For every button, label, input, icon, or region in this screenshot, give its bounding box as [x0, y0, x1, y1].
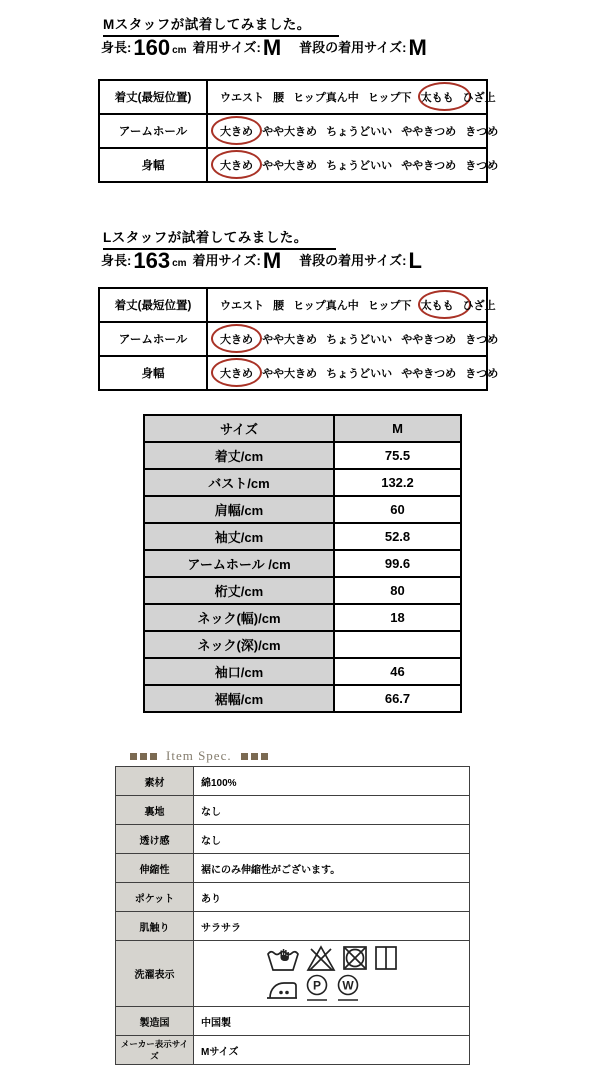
- size-row-value: 18: [334, 604, 461, 631]
- fit-row-label: 身幅: [99, 148, 207, 182]
- laundry-symbols-line-2: P W: [265, 973, 398, 1003]
- spec-row-value: なし: [194, 825, 470, 854]
- size-row-value: 80: [334, 577, 461, 604]
- fit-option: ややきつめ: [401, 123, 456, 139]
- size-chart-header-row: サイズ M: [144, 415, 461, 442]
- item-spec-table: 素材 綿100% 裏地 なし 透け感 なし 伸縮性 裾にのみ伸縮性がございます。…: [115, 766, 470, 1065]
- dry-clean-p-icon: P: [304, 973, 330, 1003]
- size-row-label: 袖丈/cm: [144, 523, 334, 550]
- size-row-value: 66.7: [334, 685, 461, 712]
- table-row: アームホール /cm 99.6: [144, 550, 461, 577]
- do-not-tumble-dry-icon: [341, 944, 369, 972]
- fit-option: ややきつめ: [401, 331, 456, 347]
- fit-option-selected: 大きめ: [220, 123, 253, 139]
- fit-row-options: 大きめ やや大きめ ちょうどいい ややきつめ きつめ: [207, 114, 487, 148]
- fit-option: ヒップ下: [368, 297, 412, 313]
- fit-option: ちょうどいい: [326, 123, 392, 139]
- fit-option-selected: 太もも: [421, 89, 454, 105]
- table-row: メーカー表示サイズ Mサイズ: [116, 1036, 470, 1065]
- fit-row-label: 着丈(最短位置): [99, 80, 207, 114]
- table-row: 透け感 なし: [116, 825, 470, 854]
- fit-option: ちょうどいい: [326, 157, 392, 173]
- size-row-value: 46: [334, 658, 461, 685]
- size-row-label: ネック(深)/cm: [144, 631, 334, 658]
- square-decoration-icon: [241, 753, 268, 760]
- usual-size-value: M: [408, 37, 426, 59]
- spec-row-label: 洗濯表示: [116, 941, 194, 1007]
- size-row-label: 裾幅/cm: [144, 685, 334, 712]
- line-dry-icon: [374, 944, 398, 972]
- table-row: 伸縮性 裾にのみ伸縮性がございます。: [116, 854, 470, 883]
- table-row: 袖口/cm 46: [144, 658, 461, 685]
- item-spec-header: Item Spec.: [121, 748, 277, 764]
- table-row: 身幅 大きめ やや大きめ ちょうどいい ややきつめ きつめ: [99, 148, 487, 182]
- stats-line-l: 身長: 163 cm 着用サイズ: M 普段の着用サイズ: L: [101, 250, 424, 272]
- usual-size-label: 普段の着用サイズ:: [299, 250, 406, 272]
- table-row: 製造国 中国製: [116, 1007, 470, 1036]
- fit-option: きつめ: [465, 365, 498, 381]
- fit-option: きつめ: [465, 157, 498, 173]
- fit-option: ちょうどいい: [326, 331, 392, 347]
- size-row-label: 着丈/cm: [144, 442, 334, 469]
- fit-row-label: 着丈(最短位置): [99, 288, 207, 322]
- spec-row-label: 肌触り: [116, 912, 194, 941]
- height-label: 身長:: [101, 37, 131, 59]
- fit-option: やや大きめ: [262, 157, 317, 173]
- size-row-value: 75.5: [334, 442, 461, 469]
- table-row: 身幅 大きめ やや大きめ ちょうどいい ややきつめ きつめ: [99, 356, 487, 390]
- height-unit: cm: [172, 45, 186, 59]
- spec-row-label: 裏地: [116, 796, 194, 825]
- height-unit: cm: [172, 258, 186, 272]
- fit-option: ひざ上: [463, 89, 496, 105]
- spec-row-value: Mサイズ: [194, 1036, 470, 1065]
- spec-row-label: 伸縮性: [116, 854, 194, 883]
- wear-size-label: 着用サイズ:: [193, 37, 261, 59]
- fit-option-selected: 太もも: [421, 297, 454, 313]
- laundry-symbols-cell: P W: [194, 941, 470, 1007]
- spec-row-label: ポケット: [116, 883, 194, 912]
- size-row-value: 60: [334, 496, 461, 523]
- table-row: アームホール 大きめ やや大きめ ちょうどいい ややきつめ きつめ: [99, 322, 487, 356]
- fit-row-options: 大きめ やや大きめ ちょうどいい ややきつめ きつめ: [207, 356, 487, 390]
- fit-row-options: 大きめ やや大きめ ちょうどいい ややきつめ きつめ: [207, 148, 487, 182]
- iron-icon: [265, 975, 299, 1001]
- fit-row-options: 大きめ やや大きめ ちょうどいい ややきつめ きつめ: [207, 322, 487, 356]
- spec-row-value: あり: [194, 883, 470, 912]
- table-row: ネック(深)/cm: [144, 631, 461, 658]
- table-row: 素材 綿100%: [116, 767, 470, 796]
- wear-size-value: M: [263, 37, 281, 59]
- fit-row-label: アームホール: [99, 322, 207, 356]
- table-row: 袖丈/cm 52.8: [144, 523, 461, 550]
- laundry-symbols-line-1: [265, 944, 398, 972]
- wet-clean-w-letter: W: [342, 979, 354, 993]
- fit-table-m: 着丈(最短位置) ウエスト 腰 ヒップ真ん中 ヒップ下 太もも ひざ上 アームホ…: [98, 79, 488, 183]
- fit-option: やや大きめ: [262, 331, 317, 347]
- stats-line-m: 身長: 160 cm 着用サイズ: M 普段の着用サイズ: M: [101, 37, 429, 59]
- size-chart-header-value: M: [334, 415, 461, 442]
- do-not-bleach-icon: [306, 944, 336, 972]
- table-row: 裏地 なし: [116, 796, 470, 825]
- fit-option: ややきつめ: [401, 157, 456, 173]
- wear-size-label: 着用サイズ:: [193, 250, 261, 272]
- size-row-label: アームホール /cm: [144, 550, 334, 577]
- laundry-symbols: P W: [265, 943, 398, 1004]
- fit-option: ヒップ真ん中: [293, 89, 359, 105]
- spec-row-value: 綿100%: [194, 767, 470, 796]
- fit-heading-l: Lスタッフが試着してみました。: [103, 226, 336, 250]
- fit-option: きつめ: [465, 123, 498, 139]
- fit-option: やや大きめ: [262, 365, 317, 381]
- size-row-label: バスト/cm: [144, 469, 334, 496]
- height-value: 160: [133, 37, 170, 59]
- laundry-symbols-row: 洗濯表示: [116, 941, 470, 1007]
- size-row-value: 99.6: [334, 550, 461, 577]
- fit-option: ヒップ下: [368, 89, 412, 105]
- spec-row-label: 製造国: [116, 1007, 194, 1036]
- size-row-label: 肩幅/cm: [144, 496, 334, 523]
- height-label: 身長:: [101, 250, 131, 272]
- item-spec-title: Item Spec.: [166, 748, 232, 764]
- table-row: 肩幅/cm 60: [144, 496, 461, 523]
- fit-option: 腰: [273, 89, 284, 105]
- spec-row-label: 透け感: [116, 825, 194, 854]
- usual-size-label: 普段の着用サイズ:: [299, 37, 406, 59]
- table-row: 着丈/cm 75.5: [144, 442, 461, 469]
- fit-option: きつめ: [465, 331, 498, 347]
- wear-size-value: M: [263, 250, 281, 272]
- fit-section-m-heading-wrap: Mスタッフが試着してみました。: [103, 13, 339, 37]
- size-row-label: 桁丈/cm: [144, 577, 334, 604]
- size-row-label: ネック(幅)/cm: [144, 604, 334, 631]
- size-row-value: [334, 631, 461, 658]
- usual-size-value: L: [408, 250, 421, 272]
- square-decoration-icon: [130, 753, 157, 760]
- fit-option: ヒップ真ん中: [293, 297, 359, 313]
- size-row-value: 52.8: [334, 523, 461, 550]
- spec-row-value: 裾にのみ伸縮性がございます。: [194, 854, 470, 883]
- size-row-label: 袖口/cm: [144, 658, 334, 685]
- spec-row-value: サラサラ: [194, 912, 470, 941]
- fit-option: やや大きめ: [262, 123, 317, 139]
- fit-option-selected: 大きめ: [220, 331, 253, 347]
- hand-wash-icon: [265, 944, 301, 972]
- fit-option: ウエスト: [220, 297, 264, 313]
- fit-option: ひざ上: [463, 297, 496, 313]
- fit-option-selected: 大きめ: [220, 157, 253, 173]
- fit-table-l: 着丈(最短位置) ウエスト 腰 ヒップ真ん中 ヒップ下 太もも ひざ上 アームホ…: [98, 287, 488, 391]
- wet-clean-w-icon: W: [335, 973, 361, 1003]
- spec-row-value: 中国製: [194, 1007, 470, 1036]
- table-row: 肌触り サラサラ: [116, 912, 470, 941]
- spec-row-label: 素材: [116, 767, 194, 796]
- table-row: 着丈(最短位置) ウエスト 腰 ヒップ真ん中 ヒップ下 太もも ひざ上: [99, 288, 487, 322]
- fit-section-l-heading-wrap: Lスタッフが試着してみました。: [103, 226, 336, 250]
- fit-option: ウエスト: [220, 89, 264, 105]
- table-row: アームホール 大きめ やや大きめ ちょうどいい ややきつめ きつめ: [99, 114, 487, 148]
- table-row: 桁丈/cm 80: [144, 577, 461, 604]
- fit-row-options: ウエスト 腰 ヒップ真ん中 ヒップ下 太もも ひざ上: [207, 80, 487, 114]
- fit-row-options: ウエスト 腰 ヒップ真ん中 ヒップ下 太もも ひざ上: [207, 288, 487, 322]
- size-chart-header-label: サイズ: [144, 415, 334, 442]
- fit-row-label: アームホール: [99, 114, 207, 148]
- table-row: ポケット あり: [116, 883, 470, 912]
- fit-option: ややきつめ: [401, 365, 456, 381]
- fit-option: ちょうどいい: [326, 365, 392, 381]
- table-row: ネック(幅)/cm 18: [144, 604, 461, 631]
- fit-row-label: 身幅: [99, 356, 207, 390]
- size-row-value: 132.2: [334, 469, 461, 496]
- dry-clean-p-letter: P: [313, 979, 321, 993]
- spec-row-label: メーカー表示サイズ: [116, 1036, 194, 1065]
- spec-row-value: なし: [194, 796, 470, 825]
- height-value: 163: [133, 250, 170, 272]
- size-chart-table: サイズ M 着丈/cm 75.5 バスト/cm 132.2 肩幅/cm 60 袖…: [143, 414, 462, 713]
- fit-heading-m: Mスタッフが試着してみました。: [103, 13, 339, 37]
- page: { "colors": { "circle_red": "#a93226", "…: [0, 0, 600, 1066]
- fit-option-selected: 大きめ: [220, 365, 253, 381]
- table-row: バスト/cm 132.2: [144, 469, 461, 496]
- table-row: 裾幅/cm 66.7: [144, 685, 461, 712]
- table-row: 着丈(最短位置) ウエスト 腰 ヒップ真ん中 ヒップ下 太もも ひざ上: [99, 80, 487, 114]
- fit-option: 腰: [273, 297, 284, 313]
